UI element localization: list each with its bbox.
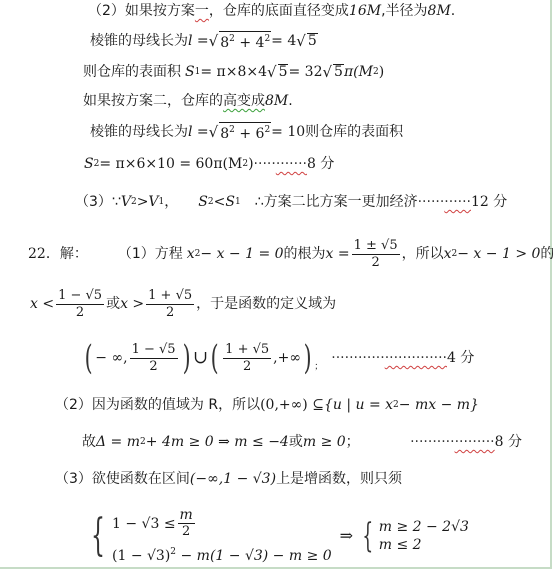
frac-num: 1 ± √5	[352, 238, 400, 255]
eq-rest: − x − 1 = 0	[200, 245, 283, 263]
slant-height-line-1: 棱锥的母线长为l = √82 + 42 = 4√5	[90, 31, 318, 51]
domain-frac2: 1 + √52	[223, 342, 271, 375]
radicand: 82 + 62	[219, 122, 271, 142]
result-rows: m ≥ 2 − 2√3 m ≤ 2	[379, 518, 469, 554]
period: .	[288, 92, 292, 110]
system-row-1: 1 − √3 ≤ m2	[112, 507, 332, 540]
plan2-label: 如果按方案二，仓库的	[83, 92, 223, 110]
sqrt-icon: √	[209, 32, 219, 50]
sqrt-icon: √	[296, 32, 306, 50]
roots-label: 的根为	[284, 245, 326, 263]
eq-result: = 4	[271, 32, 296, 50]
period: .	[451, 2, 455, 20]
v2: V	[121, 193, 131, 211]
leader-dots: ······	[418, 193, 445, 211]
semicolon: ；	[346, 433, 360, 451]
x-eq: x =	[326, 245, 350, 263]
leader-dots-flagged: ······	[444, 193, 471, 211]
m-over-2: m2	[178, 507, 195, 540]
frac-den: 2	[241, 359, 253, 375]
part3-label: （3）∵	[75, 193, 121, 211]
delta-expr: Δ = m	[96, 433, 140, 451]
s1: S	[185, 63, 195, 81]
part2-sep: ,半径为	[381, 2, 427, 20]
radicand-a: 8	[220, 126, 229, 142]
row2-lhs: (1 − √3)	[112, 548, 170, 564]
radicand: 82 + 42	[219, 31, 271, 51]
domain-frac1: 1 − √52	[130, 342, 178, 375]
gt: >	[137, 193, 149, 211]
right-brace-group: {	[362, 519, 373, 553]
row2-rest: − m(1 − √3) − m ≥ 0	[176, 548, 332, 564]
frac-upper: 1 + √52	[146, 288, 194, 321]
part2-label: （2）如果按方案	[88, 2, 195, 20]
or-label: 或	[289, 433, 303, 451]
frac-num: 1 − √5	[130, 342, 178, 359]
leader-dots-flagged: ··············	[385, 349, 447, 367]
p1-label: （1）方程	[118, 245, 183, 263]
frac-den: 2	[147, 359, 159, 375]
radicand-5b: 5	[333, 64, 344, 80]
part3-comparison-line: （3）∵V2 > V1 ，S2 < S1∴方案二比方案一更加经济········…	[75, 193, 507, 211]
frac-den: 2	[74, 305, 86, 321]
roots-fraction: 1 ± √52	[352, 238, 400, 271]
domain-line: (− ∞,1 − √52)∪(1 + √52,+∞)；·············…	[82, 338, 474, 378]
q22-solution-line: x < 1 − √52 或 x > 1 + √52，于是函数的定义域为	[30, 286, 336, 322]
slant-label: 棱锥的母线长为	[90, 32, 188, 50]
radicand-a: 8	[220, 35, 229, 51]
surface-label: 则仓库的表面积	[83, 63, 181, 81]
leader-dots-flagged: ·········	[455, 433, 495, 451]
left-paren: (	[85, 341, 93, 375]
frac-num: 1 + √5	[146, 288, 194, 305]
x-lt: x <	[30, 295, 54, 313]
slant-label: 棱锥的母线长为	[90, 123, 188, 141]
solution-label: 的解为	[540, 245, 553, 263]
frac-den: 2	[180, 524, 192, 540]
frac-num: m	[178, 507, 195, 524]
left-brace: {	[91, 514, 105, 558]
spell-flag: 一	[195, 2, 209, 20]
s1-unit: π(M	[344, 63, 373, 81]
row1-lhs: 1 − √3 ≤	[112, 515, 176, 533]
x-gt: x >	[120, 295, 144, 313]
conclusion-text: ∴方案二比方案一更加经济	[255, 193, 418, 211]
radicand-5: 5	[278, 64, 289, 80]
radius-value: 8M	[428, 2, 451, 20]
frac-den: 2	[369, 255, 381, 271]
q22-part3-line: （3）欲使函数在区间(−∞,1 − √3)上是增函数，则只须	[55, 470, 402, 488]
frac-den: 2	[164, 305, 176, 321]
therefore-label: 故	[82, 433, 96, 451]
s2: S	[84, 155, 94, 173]
right-paren: )	[304, 341, 312, 375]
eq-result: = 10	[271, 123, 305, 141]
radicand-b: + 4	[239, 35, 264, 51]
score-label: 8 分	[307, 155, 334, 173]
part2-line1: （2）如果按方案一，仓库的底面直径变成16M ,半径为 8M .	[88, 2, 455, 20]
leader-dots-flagged: ·······	[276, 155, 307, 173]
semicolon: ；	[314, 358, 323, 376]
delta-rest: + 4m ≥ 0 ⇒ m ≤ −4	[146, 433, 289, 451]
radicand-5: 5	[307, 33, 318, 49]
system-row-2: (1 − √3)2 − m(1 − √3) − m ≥ 0	[112, 543, 332, 565]
interval: (0,+∞) ⊆	[260, 396, 324, 414]
unit-close: )	[379, 63, 384, 81]
s1-sub: 1	[235, 193, 241, 211]
v1: V	[148, 193, 158, 211]
result-1: m ≥ 2 − 2√3	[379, 518, 469, 536]
score-label: 12 分	[471, 193, 507, 211]
frac-lower: 1 − √52	[56, 288, 104, 321]
set-expr: {u | u = x	[324, 396, 393, 414]
p3-rest: 上是增函数，则只须	[276, 470, 402, 488]
q22-part1-line: 22．解：（1）方程x2 − x − 1 = 0 的根为 x = 1 ± √52…	[28, 236, 553, 272]
score-label: 8 分	[495, 433, 522, 451]
set-rest: − mx − m}	[399, 396, 479, 414]
sqrt-icon: √	[209, 123, 219, 141]
or-label: 或	[106, 295, 120, 313]
frac-num: 1 − √5	[56, 288, 104, 305]
result-2: m ≤ 2	[379, 536, 469, 554]
s1-expr: = π×8×4	[200, 63, 267, 81]
slant-height-line-2: 棱锥的母线长为l = √82 + 62 = 10 则仓库的表面积	[90, 122, 403, 142]
inequality-system: { 1 − √3 ≤ m2 (1 − √3)2 − m(1 − √3) − m …	[84, 507, 469, 565]
height-value: 8M	[265, 92, 288, 110]
implies-arrow: ⇒	[340, 527, 353, 545]
s2-expr: = π×6×10 = 60π(M	[99, 155, 242, 173]
right-paren: )	[182, 341, 190, 375]
system-rows: 1 − √3 ≤ m2 (1 − √3)2 − m(1 − √3) − m ≥ …	[112, 507, 332, 565]
delta-line: 故Δ = m2 + 4m ≥ 0 ⇒ m ≤ −4或m ≥ 0；········…	[82, 433, 522, 451]
lt: <	[214, 193, 226, 211]
so-label: ，所以	[402, 245, 444, 263]
leader-dots: ·····	[254, 155, 276, 173]
domain-label: ，于是函数的定义域为	[196, 295, 336, 313]
ineq-x: x	[444, 245, 452, 263]
l-expr: l =	[188, 32, 209, 50]
pos-inf: ,+∞	[273, 349, 301, 367]
ineq-rest: − x − 1 > 0	[457, 245, 540, 263]
surface-area-1-line: 则仓库的表面积S1 = π×8×4√5 = 32√5π(M2)	[83, 63, 384, 81]
s1: S	[225, 193, 235, 211]
question-number: 22．解：	[28, 245, 88, 263]
sqrt-icon: √	[267, 63, 277, 81]
comma: ，	[164, 193, 178, 211]
score-label: 4 分	[447, 349, 474, 367]
q22-part2-line: （2）因为函数的值域为 R，所以(0,+∞) ⊆ {u | u = x2 − m…	[55, 396, 479, 414]
radicand-b: + 6	[239, 126, 264, 142]
frac-num: 1 + √5	[223, 342, 271, 359]
grammar-flag: 高变成	[223, 92, 265, 110]
eq-x: x	[187, 245, 195, 263]
diameter-value: 16M	[349, 2, 381, 20]
p3-label: （3）欲使函数在区间	[55, 470, 190, 488]
surface-label: 则仓库的表面积	[305, 123, 403, 141]
leader-dots: ············	[331, 349, 384, 367]
part2-text: ，仓库的底面直径变成	[209, 2, 349, 20]
union-symbol: ∪	[193, 349, 208, 367]
interval: (−∞,1 − √3)	[190, 470, 276, 488]
plan2-line: 如果按方案二，仓库的高变成 8M .	[83, 92, 293, 110]
s2: S	[198, 193, 208, 211]
delta-tail: m ≥ 0	[303, 433, 346, 451]
leader-dots: ··········	[410, 433, 455, 451]
p2-label: （2）因为函数的值域为 R，所以	[55, 396, 260, 414]
s1-eq2: = 32	[288, 63, 322, 81]
surface-area-2-line: S2 = π×6×10 = 60π(M2)············8 分	[84, 155, 334, 173]
l-expr: l =	[188, 123, 209, 141]
left-paren: (	[211, 341, 219, 375]
sqrt-icon: √	[322, 63, 332, 81]
neg-inf: − ∞,	[95, 349, 127, 367]
